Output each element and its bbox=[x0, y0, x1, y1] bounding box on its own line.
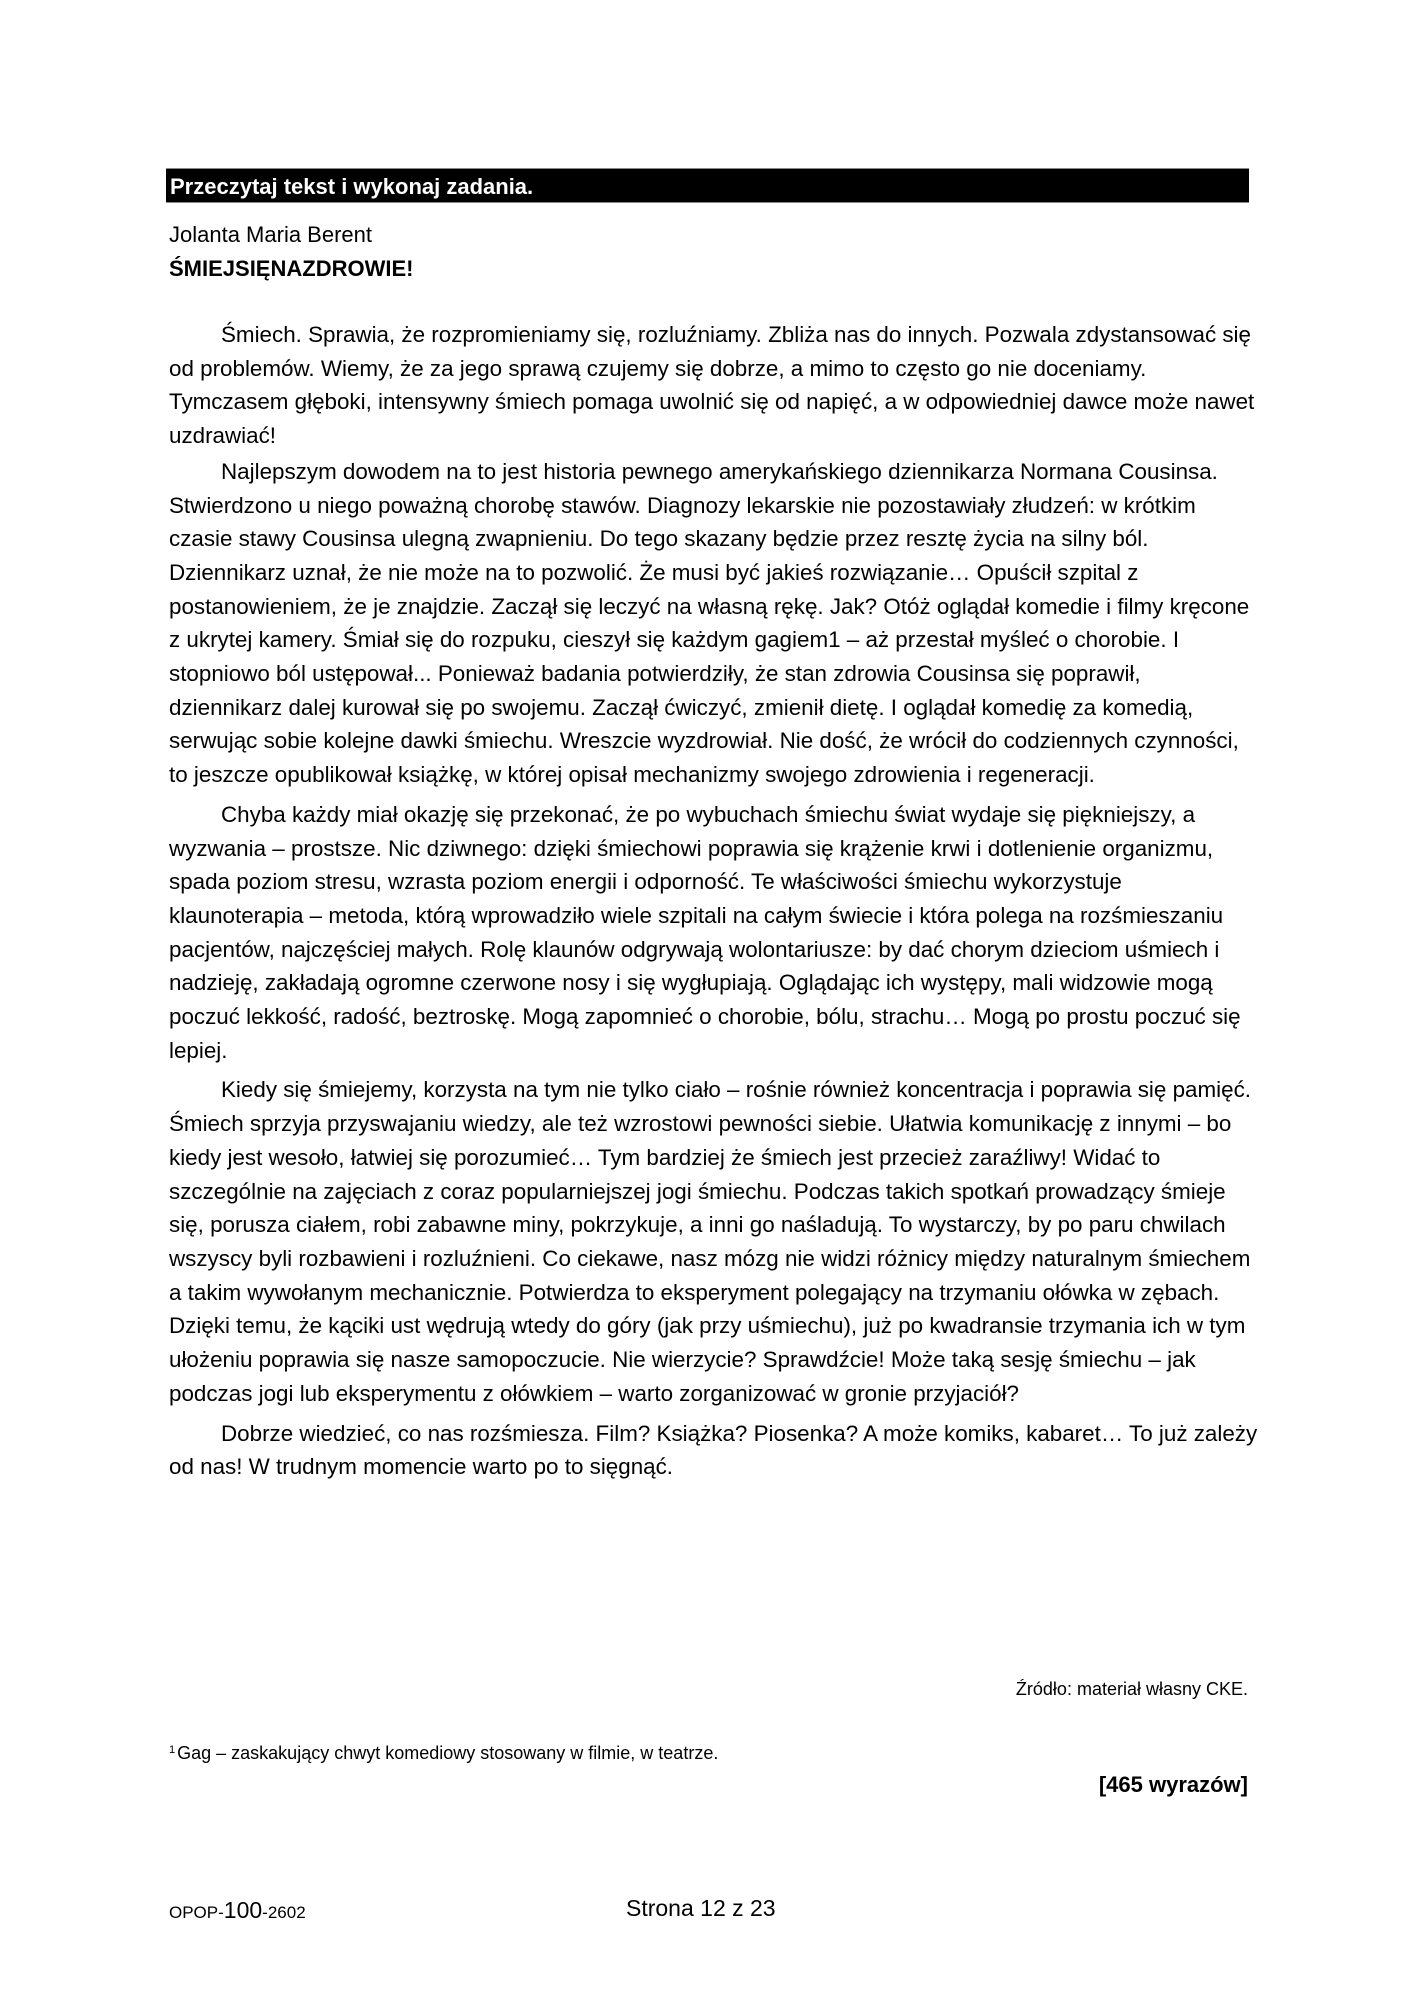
footnote-text: Gag – zaskakujący chwyt komediowy stosow… bbox=[177, 1743, 718, 1763]
paragraph-3: Chyba każdy miał okazję się przekonać, ż… bbox=[169, 798, 1259, 1068]
page-number: Strona 12 z 23 bbox=[626, 1893, 776, 1923]
footnote: 1Gag – zaskakujący chwyt komediowy stoso… bbox=[169, 1738, 718, 1765]
instruction-header: Przeczytaj tekst i wykonaj zadania. bbox=[166, 168, 1249, 203]
paragraph-2: Najlepszym dowodem na to jest historia p… bbox=[169, 455, 1259, 792]
exam-code-prefix: OPOP- bbox=[169, 1903, 224, 1922]
exam-page: Przeczytaj tekst i wykonaj zadania. Jola… bbox=[0, 0, 1414, 2000]
exam-code: OPOP-100-2602 bbox=[169, 1895, 306, 1928]
article-title: ŚMIEJSIĘNAZDROWIE! bbox=[169, 252, 413, 286]
paragraph-1: Śmiech. Sprawia, że rozpromieniamy się, … bbox=[169, 318, 1259, 453]
footnote-marker: 1 bbox=[169, 1744, 175, 1756]
paragraph-4: Kiedy się śmiejemy, korzysta na tym nie … bbox=[169, 1073, 1259, 1410]
paragraph-5: Dobrze wiedzieć, co nas rozśmiesza. Film… bbox=[169, 1417, 1259, 1484]
word-count: [465 wyrazów] bbox=[1099, 1770, 1248, 1800]
exam-code-middle: 100 bbox=[224, 1897, 262, 1923]
article-author: Jolanta Maria Berent bbox=[169, 218, 372, 252]
exam-code-suffix: -2602 bbox=[262, 1903, 305, 1922]
article-body: Śmiech. Sprawia, że rozpromieniamy się, … bbox=[169, 318, 1259, 1484]
source-attribution: Źródło: materiał własny CKE. bbox=[1016, 1677, 1248, 1701]
